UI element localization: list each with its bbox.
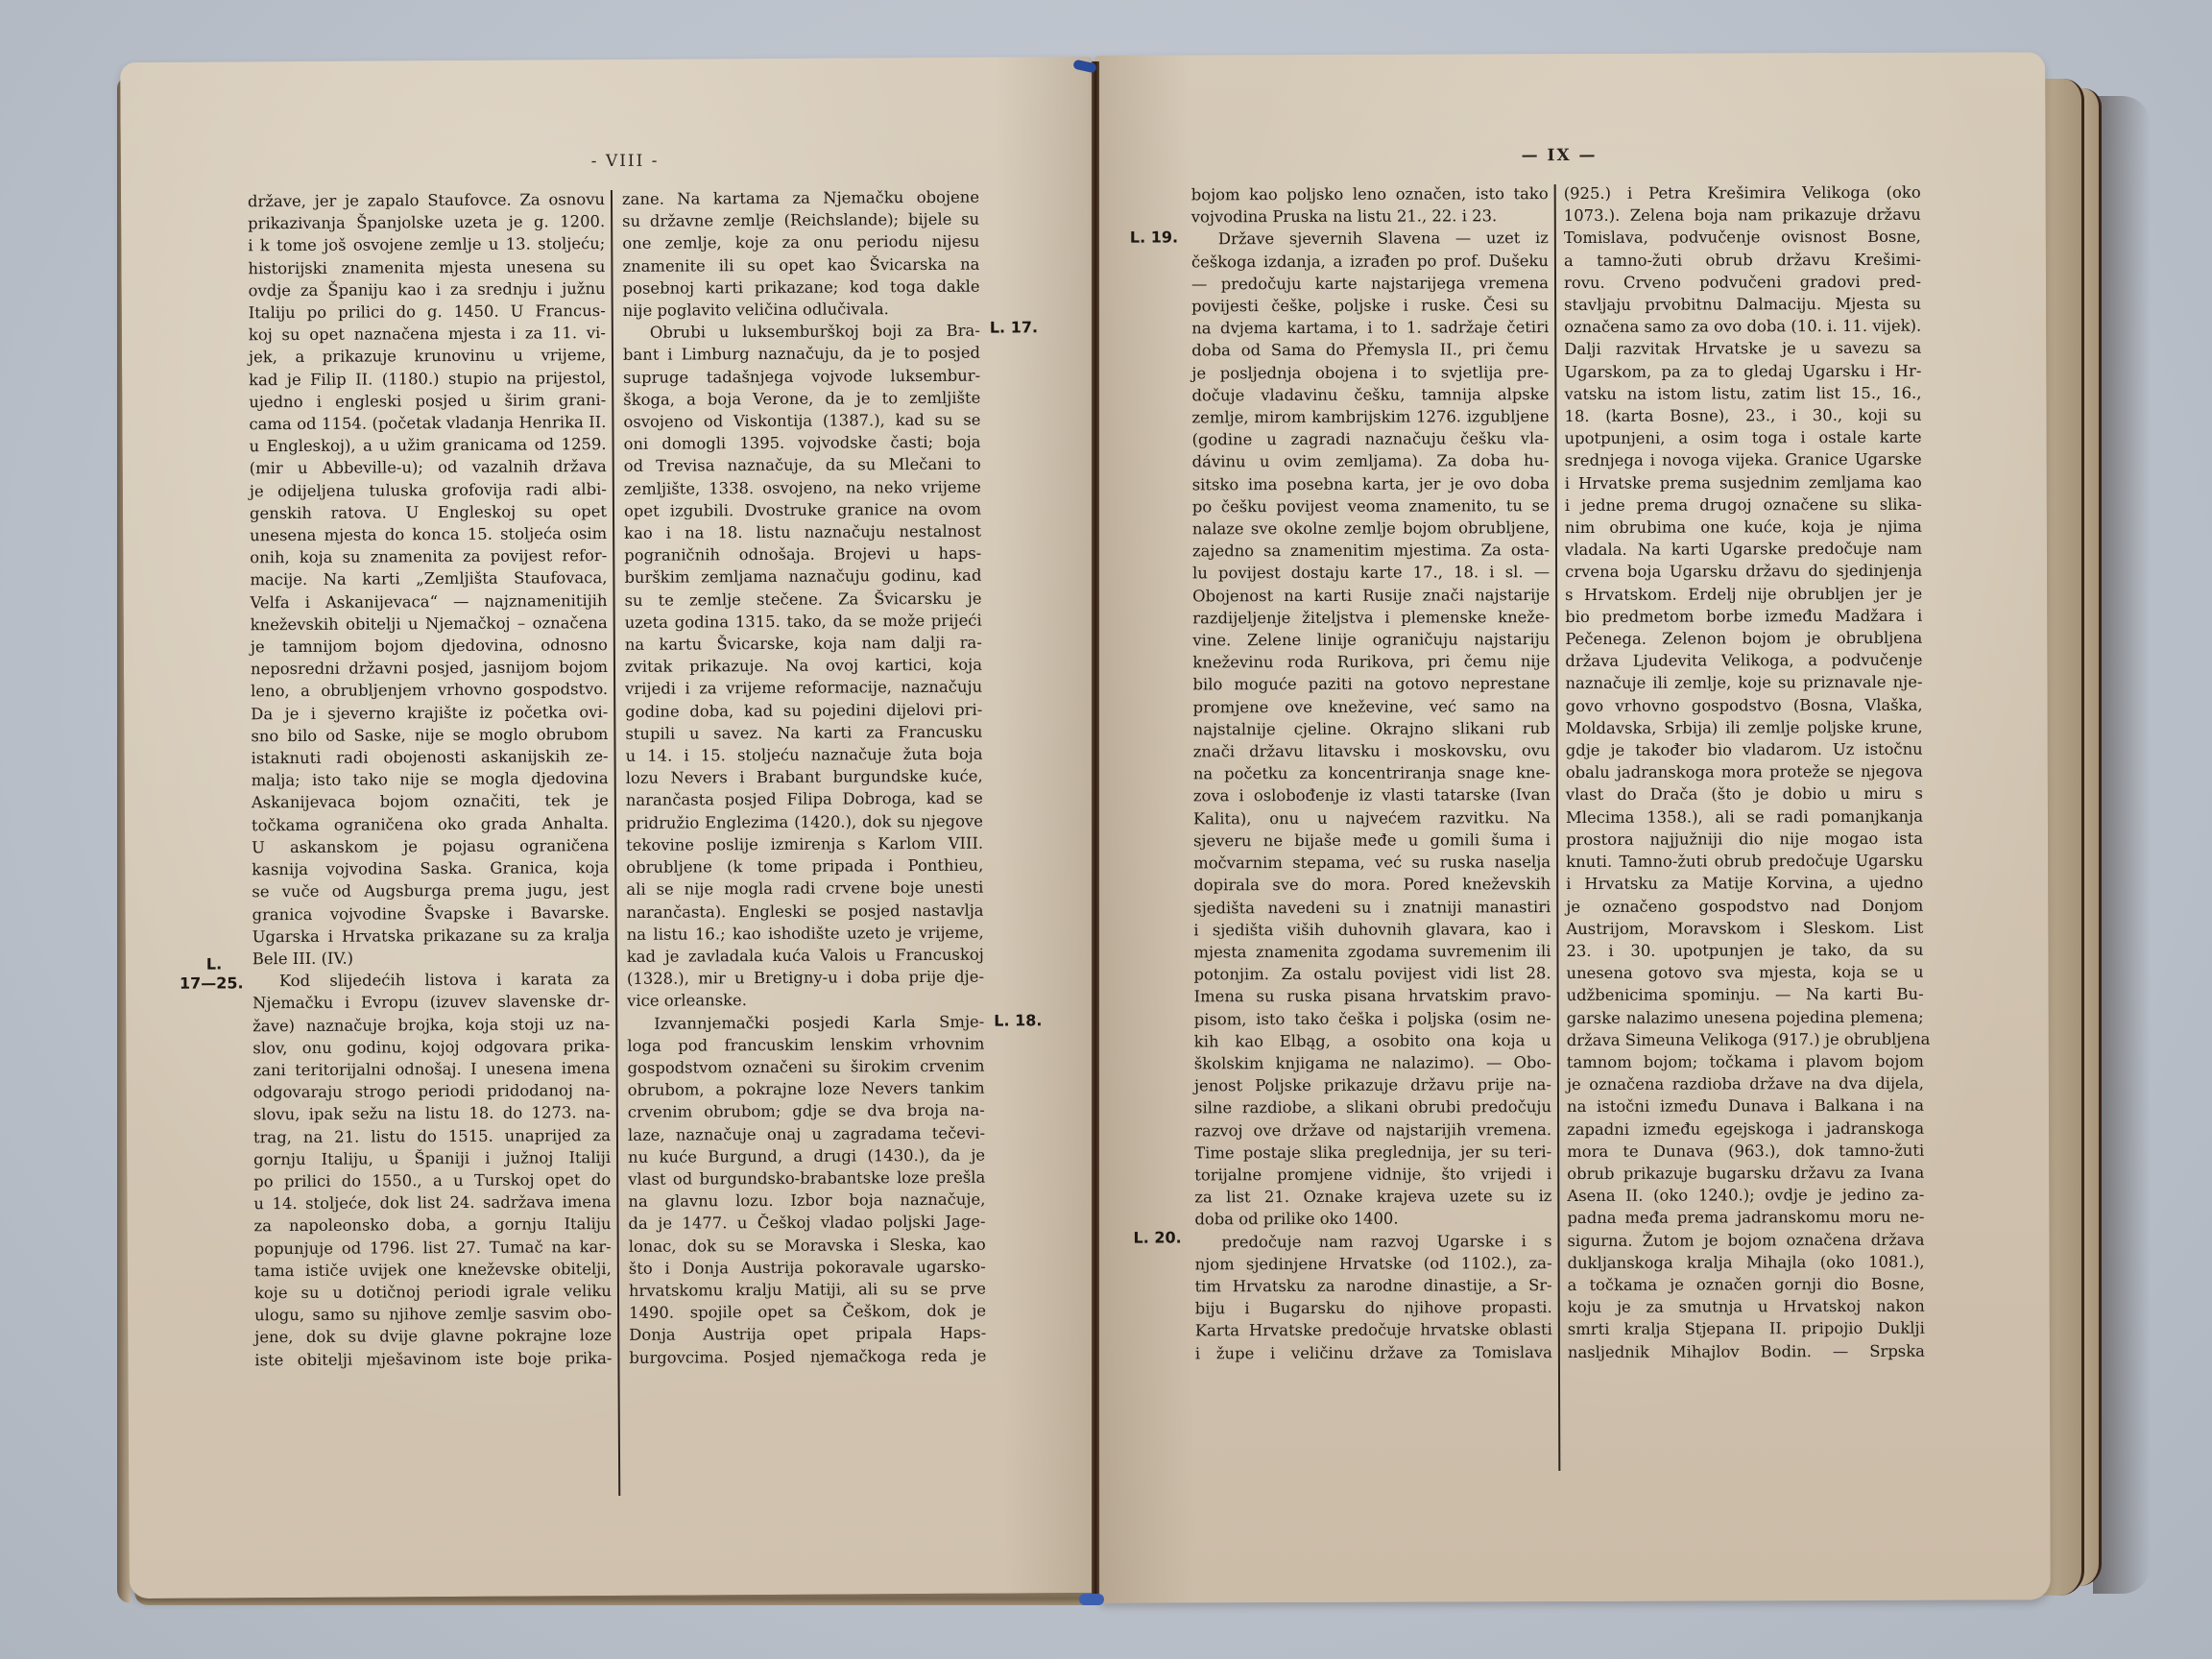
text-line: crvenim obrubom; gdje se dva broja na- <box>628 1099 985 1123</box>
text-line: Mlecima 1358.), ali se radi pomanjkanja <box>1566 805 1923 829</box>
text-line: slovu, ipak sežu na listu 18. do 1273. n… <box>253 1101 611 1125</box>
text-line: (mir u Abbeville-u); od vazalnih država <box>250 455 607 479</box>
page-number-right: — IX — <box>1522 146 1598 165</box>
text-line: i jedne prema drugoj označene su slika- <box>1565 493 1922 517</box>
text-line: potonjim. Za ostalu povijest vidi list 2… <box>1193 962 1551 986</box>
text-line: na istočni između Dunava i Balkana i na <box>1567 1094 1924 1118</box>
text-line: oni domogli 1395. vojvodske časti; boja <box>623 431 980 455</box>
text-line: torijalne promjene vidnije, što vrijedi … <box>1194 1163 1551 1187</box>
text-line: unesena gotovo sva mjesta, koja se u <box>1566 961 1923 985</box>
text-line: Velfa i Askanijevaca“ — najznamenitijih <box>250 589 607 613</box>
text-line: 1073.). Zelena boja nam prikazuje državu <box>1564 204 1921 228</box>
text-line: govo vrhovno gospodstvo (Bosna, Vlaška, <box>1566 693 1923 717</box>
page-number-left: - VIII - <box>591 152 660 171</box>
text-line: sno bilo od Saske, nije se moglo obrubom <box>251 723 608 747</box>
text-line: su te zemlje stečene. Za Švicarsku je <box>624 587 981 611</box>
margin-note: L. <box>206 954 222 973</box>
text-line: a točkama je označen gornji dio Bosne, <box>1568 1273 1925 1297</box>
text-line: historijski znamenita mjesta unesena su <box>248 255 605 279</box>
text-line: tekovine poslije izmirenja s Karlom VIII… <box>626 832 983 856</box>
text-line: ali se nije mogla radi crvene boje unest… <box>626 877 983 901</box>
text-line: gornju Italiju, u Španiji i južnoj Itali… <box>253 1146 611 1170</box>
text-line: uzeta godina 1315. tako, da se može prij… <box>625 609 982 633</box>
text-line: sigurna. Žutom je bojom označena država <box>1567 1228 1924 1252</box>
text-line: kih kao Elbąg, a osobito ona koja u <box>1194 1029 1551 1053</box>
text-line: obalu jadranskoga mora proteže se njegov… <box>1566 760 1923 784</box>
text-line: zajedno sa znamenitim mjestima. Za osta- <box>1192 539 1550 563</box>
text-line: nu kuće Burgund, a drugi (1430.), da je <box>628 1143 985 1167</box>
text-line: povijesti češke, poljske i ruske. Česi s… <box>1191 294 1549 318</box>
text-column: bojom kao poljsko leno označen, isto tak… <box>1191 182 1552 1364</box>
text-line: (925.) i Petra Krešimira Velikoga (oko <box>1564 181 1921 205</box>
text-line: najstalnije cjeline. Okrajno slikani rub <box>1193 717 1551 741</box>
text-line: država Ljudevita Velikoga, a podvučenje <box>1565 649 1922 673</box>
text-line: Bele III. (IV.) <box>252 946 610 970</box>
text-line: Askanijevaca bojom označiti, tek je <box>252 789 609 813</box>
text-line: po prilici do 1550., a u Turskoj opet do <box>253 1168 611 1192</box>
text-line: kad je zavladala kuća Valois u Francusko… <box>627 944 984 968</box>
text-line: bio predmetom borbe između Madžara i <box>1565 605 1922 629</box>
text-line: točkama ograničena oko grada Anhalta. <box>252 812 609 836</box>
text-line: na glavnu lozu. Izbor boja naznačuje, <box>628 1189 985 1213</box>
text-line: promjene ove kneževine, već samo na <box>1193 695 1551 719</box>
text-line: znamenite ili su opet kao Švicarska na <box>622 252 979 276</box>
text-line: slov, onu godinu, kojoj odgovara prika- <box>252 1035 610 1059</box>
text-column: države, jer je zapalo Staufovce. Za osno… <box>248 188 613 1371</box>
text-line: supruge tadašnjega vojvode luksembur- <box>623 364 980 388</box>
text-line: je označena razdioba države na dva dijel… <box>1567 1072 1924 1096</box>
text-line: obrubom, a pokrajne loze Nevers tankim <box>628 1077 985 1101</box>
text-line: razdijeljenje žiteljstva i plemenske kne… <box>1192 606 1550 630</box>
text-line: nije poglavito veličina odlučivala. <box>623 298 980 322</box>
text-line: trag, na 21. listu do 1515. unaprijed za <box>253 1124 611 1148</box>
text-line: Obrubi u luksemburškoj boji za Bra- <box>623 320 980 344</box>
text-line: obrub prikazuje bugarsku državu za Ivana <box>1567 1162 1924 1186</box>
text-line: Pečenega. Zelenon bojom je obrubljena <box>1565 627 1922 651</box>
text-line: Tomislava, podvučenje ovisnost Bosne, <box>1564 226 1921 250</box>
text-line: Time postaje slika preglednija, jer su t… <box>1194 1141 1551 1165</box>
text-line: u 14. stoljeće, dok list 24. sadržava im… <box>253 1190 611 1214</box>
text-line: onih, koja su znamenita za povijest refo… <box>250 544 607 568</box>
page-stack-shadow <box>2093 96 2151 1594</box>
text-line: granica vojvodine Švapske i Bavarske. <box>252 902 609 926</box>
text-line: Donja Austrija opet pripala Haps- <box>629 1322 986 1346</box>
text-line: upotpunjeni, a osim toga i ostale karte <box>1565 426 1922 450</box>
text-line: je tamnijom bojom djedovina, odnosno <box>251 634 608 658</box>
text-line: pridružio Englezima (1420.), dok su njeg… <box>626 809 983 833</box>
text-line: ujedno i engleski posjed u širim grani- <box>249 389 606 413</box>
text-line: U askanskom je pojasu ograničena <box>252 834 609 858</box>
text-line: dukljanskoga kralja Mihajla (oko 1081.), <box>1568 1250 1925 1274</box>
text-line: jenost Poljske prikazuje državu prije na… <box>1194 1073 1551 1097</box>
text-line: popunjuje od 1796. list 27. Tumač na kar… <box>254 1236 612 1260</box>
text-line: i Hrvatske prema susjednim zemljama kao <box>1565 470 1922 494</box>
text-line: jene, dok su dvije glavne pokrajne loze <box>254 1324 612 1348</box>
margin-note: L. 17. <box>990 318 1038 336</box>
text-line: na kartu Švicarske, koja nam dalji ra- <box>625 632 982 656</box>
text-line: padna međa prema jadranskomu moru ne- <box>1567 1206 1924 1230</box>
text-line: opet izgubili. Dvostruke granice na ovom <box>624 497 981 521</box>
text-line: sjedišta navedeni su i znatniji manastir… <box>1193 896 1551 920</box>
text-line: na dvjema kartama, i to 1. sadržaje četi… <box>1191 316 1549 340</box>
text-line: kao i na 18. listu naznačuju nestalnost <box>624 520 981 544</box>
text-line: silne razdiobe, a slikani obrubi predoču… <box>1194 1095 1551 1119</box>
text-line: i k tome još osvojene zemlje u 13. stolj… <box>248 232 605 256</box>
text-line: školskim knjigama ne nalazimo). — Obo- <box>1194 1051 1551 1075</box>
text-line: (godine u zagradi naznačuju češku vla- <box>1192 427 1550 451</box>
text-line: macije. Na karti „Zemljišta Staufovaca, <box>250 566 607 590</box>
text-line: laze, naznačuje onaj u zagradama tečevi- <box>628 1121 985 1145</box>
text-line: označena samo za ovo doba (10. i. 11. vi… <box>1564 315 1921 339</box>
text-line: dočuje vladavinu češku, tamnija alpske <box>1191 383 1549 407</box>
text-line: je posljednja obojena i to svjetlija pre… <box>1191 361 1549 385</box>
text-column: (925.) i Petra Krešimira Velikoga (oko10… <box>1564 181 1925 1363</box>
text-line: nim obrubima one kuće, koja je njima <box>1565 516 1922 540</box>
text-line: lu povijest dostaju karte 17., 18. i sl.… <box>1192 562 1550 586</box>
margin-note: L. 20. <box>1133 1228 1181 1246</box>
text-line: rovu. Crveno podvučeni gradovi pred- <box>1564 271 1921 295</box>
text-line: bilo moguće paziti na gotovo neprestane <box>1192 673 1550 697</box>
text-line: je odijeljena tuluska grofovija radi alb… <box>250 478 607 502</box>
text-line: jek, a prikazuje krunovinu u vrijeme, <box>249 344 606 368</box>
spine-gutter <box>1092 61 1099 1602</box>
text-line: koju je za smutnja u Hrvatskoj nakon <box>1568 1295 1925 1319</box>
open-book: - VIII - države, jer je zapalo Staufovce… <box>0 0 2212 1659</box>
text-line: burgovcima. Posjed njemačkoga reda je <box>629 1344 986 1368</box>
text-line: a tamno-žuti obrub državu Krešimi- <box>1564 248 1921 272</box>
text-line: knuti. Tamno-žuti obrub predočuje Ugarsk… <box>1566 850 1923 874</box>
text-line: zani teritorijalni odnošaj. I unesena im… <box>252 1057 610 1081</box>
text-line: Austrijom, Moravskom i Sleskom. List <box>1566 916 1923 940</box>
text-line: Moldavska, Srbija) ili zemlje poljske kr… <box>1566 716 1923 740</box>
text-line: njom sjedinjene Hrvatske (od 1102.), za- <box>1195 1252 1552 1276</box>
text-line: 18. (karta Bosne), 23., i 30., koji su <box>1564 404 1921 428</box>
text-line: 1490. spojile opet sa Češkom, dok je <box>629 1300 986 1324</box>
margin-note: 17—25. <box>180 974 244 992</box>
text-line: hrvatskomu kralju Matiji, ali su se prve <box>629 1278 986 1302</box>
text-line: močvarnim stepama, već su ruska naselja <box>1193 851 1551 875</box>
text-column: zane. Na kartama za Njemačku obojenesu d… <box>622 186 987 1369</box>
text-line: na početku za koncentriranja snage kne- <box>1193 761 1551 785</box>
text-line: da je 1477. u Češkoj vladao poljski Jage… <box>628 1211 985 1235</box>
text-line: bojom kao poljsko leno označen, isto tak… <box>1191 182 1549 206</box>
text-line: smrti kralja Stjepana II. pripojio Duklj… <box>1568 1317 1925 1341</box>
text-line: je označeno gospodstvo nad Donjom <box>1566 894 1923 918</box>
text-line: i župe i veličinu države za Tomislava <box>1195 1341 1552 1365</box>
text-line: zemljište, 1338. osvojeno, na neko vrije… <box>624 475 981 499</box>
text-line: vladala. Na karti Ugarske predočuje nam <box>1565 538 1922 562</box>
text-line: Obojenost na karti Rusije znači najstari… <box>1192 584 1550 608</box>
text-line: država Simeuna Velikoga (917.) je obrubl… <box>1567 1027 1924 1051</box>
text-line: i Hrvatsku za Matije Korvina, a ujedno <box>1566 872 1923 896</box>
text-line: dopirala sve do mora. Pored kneževskih <box>1193 873 1551 897</box>
text-line: Ugarska i Hrvatska prikazane su za kralj… <box>252 924 610 948</box>
text-line: razvoj ove države od najstarijih vremena… <box>1194 1118 1551 1142</box>
text-line: u 14. i 15. stoljeću naznačuje žuta boja <box>625 743 982 767</box>
text-line: leno, a obrubljenjem vrhovno gospodstvo. <box>251 678 608 702</box>
text-line: vatsku na istom listu, zatim list 15., 1… <box>1564 382 1921 406</box>
text-line: crvena boja Ugarsku državu do sjedinjenj… <box>1565 560 1922 584</box>
text-line: kneževskih obitelji u Njemačkoj – označe… <box>251 612 608 636</box>
text-line: i sjedišta viših duhovnih glavara, kao i <box>1193 918 1551 942</box>
text-line: godine doba, kad su pojedini dijelovi pr… <box>625 698 982 722</box>
text-line: lonac, dok su se Moravska i Sleska, kao <box>629 1233 986 1257</box>
text-line: sitsko ima posebna karta, jer je ovo dob… <box>1192 472 1550 496</box>
text-line: kneževinu roda Rurikova, pri čemu nije <box>1192 650 1550 674</box>
right-page: — IX — bojom kao poljsko leno označen, i… <box>1094 52 2051 1602</box>
text-line: 23. i 30. upotpunjen je tako, da su <box>1566 939 1923 963</box>
text-line: što i Donja Austrija pokoravale ugarsko- <box>629 1255 986 1279</box>
text-line: obrubljene (k tome pripada i Ponthieu, <box>626 854 983 878</box>
text-line: malja; isto tako nije se mogla djedovina <box>252 767 609 791</box>
text-line: Kod slijedećih listova i karata za <box>252 968 610 992</box>
text-line: cama od 1154. (početak vladanja Henrika … <box>249 411 606 435</box>
text-line: zvitak prikazuje. Na ovoj kartici, koja <box>625 654 982 678</box>
text-line: doba od Sama do Přemysla II., pri čemu <box>1191 339 1549 363</box>
text-line: biju i Bugarsku do njihove propasti. <box>1195 1296 1552 1320</box>
text-line: škoga, a boja Verone, da je to zemljište <box>623 386 980 410</box>
text-line: doba od prilike oko 1400. <box>1194 1207 1551 1231</box>
text-line: po češku povijest veoma znamenito, tu se <box>1192 494 1550 518</box>
margin-note: L. 18. <box>994 1011 1042 1029</box>
text-line: pograničnih odnošaja. Brojevi u haps- <box>624 542 981 566</box>
text-line: bant i Limburg naznačuju, da je to posje… <box>623 342 980 366</box>
text-line: — predočuju karte najstarijega vremena <box>1191 272 1549 296</box>
text-line: narančasta). Engleski se posjed nastavlj… <box>626 899 983 923</box>
text-line: prostora najjužniji dio nije mogao ista <box>1566 828 1923 852</box>
text-line: stavljaju prvobitnu Dalmaciju. Mjesta su <box>1564 293 1921 317</box>
margin-note: L. 19. <box>1130 228 1178 246</box>
text-line: istaknuti radi obojenosti askanijskih ze… <box>251 745 608 769</box>
text-line: narančasta posjed Filipa Dobroga, kad se <box>626 787 983 811</box>
text-line: Izvannjemački posjedi Karla Smje- <box>627 1010 984 1034</box>
text-line: države, jer je zapalo Staufovce. Za osno… <box>248 188 605 212</box>
text-line: Da je i sjeverno krajište iz početka ovi… <box>251 701 608 725</box>
text-line: sjeveru ne bijaše međe u gomili šuma i <box>1193 829 1551 853</box>
text-line: kasnija vojvodina Saska. Granica, koja <box>252 856 609 880</box>
text-line: iste obitelji mješavinom iste boje prika… <box>254 1347 612 1371</box>
text-line: prikazivanja Španjolske uzeta je g. 1200… <box>248 210 605 234</box>
text-line: Asena II. (oko 1240.); ovdje je jedino z… <box>1567 1184 1924 1208</box>
text-line: (1328.), mir u Bretigny-u i doba prije d… <box>627 966 984 990</box>
text-line: mora te Dunava (963.), dok tamno-žuti <box>1567 1139 1924 1163</box>
text-line: osvojeno od Viskontija (1387.), kad su s… <box>623 409 980 433</box>
text-line: zane. Na kartama za Njemačku obojene <box>622 186 979 210</box>
text-line: nalaze sve okolne zemlje bojom obrubljen… <box>1192 517 1550 541</box>
text-line: ovdje za Španiju kao i za srednju i južn… <box>249 277 606 301</box>
text-line: znači državu litavsku i moskovsku, ovu <box>1193 739 1551 763</box>
text-line: predočuje nam razvoj Ugarske i s <box>1194 1230 1551 1254</box>
text-line: one zemlje, koje za onu periodu nijesu <box>622 230 979 254</box>
text-line: tamnom bojom; točkama i plavom bojom <box>1567 1050 1924 1074</box>
text-line: genskih ratova. U Engleskoj su opet <box>250 500 607 524</box>
text-line: Kalita), onu u najvećem razvitku. Na <box>1193 806 1551 830</box>
text-line: na listu 16.; kao ishodište uzeto je vri… <box>627 921 984 945</box>
text-line: u Engleskoj), a u užim granicama od 1259… <box>249 433 606 457</box>
binding-thread <box>1079 1594 1104 1605</box>
text-line: vrijedi i za vrijeme reformacije, naznač… <box>625 676 982 700</box>
text-line: vlast do Drača (što je dobio u miru s <box>1566 782 1923 806</box>
text-line: garske nalazimo unesena pojedina plemena… <box>1567 1005 1924 1029</box>
text-line: tim Hrvatsku za narodne dinastije, a Sr- <box>1195 1274 1552 1298</box>
text-line: nasljednik Mihajlov Bodin. — Srpska <box>1568 1339 1925 1363</box>
text-line: gdje je također bio vladarom. Uz istočnu <box>1566 738 1923 762</box>
text-line: burškim zemljama naznačuju godinu, kad <box>624 565 981 589</box>
text-line: pisom, isto tako češka i poljska (osim n… <box>1194 1007 1551 1031</box>
text-line: vice orleanske. <box>627 988 984 1012</box>
text-line: koj su opet naznačena mjesta i za 11. vi… <box>249 322 606 346</box>
text-line: neposredni državni posjed, jasnijom bojo… <box>251 656 608 680</box>
text-line: od Trevisa naznačuje, da su Mlečani to <box>624 453 981 477</box>
left-page: - VIII - države, jer je zapalo Staufovce… <box>120 57 1101 1599</box>
text-line: loga pod francuskim lenskim vrhovnim <box>627 1032 984 1056</box>
text-line: se vuče od Augsburga prema jugu, jest <box>252 878 609 902</box>
text-line: žave) naznačuje brojka, koja stoji uz na… <box>252 1013 610 1037</box>
text-line: vine. Zelene linije ograničuju najstarij… <box>1192 628 1550 652</box>
text-line: Italiju po prilici do g. 1450. U Francus… <box>249 300 606 324</box>
text-line: Imena su ruska pisana hrvatskim pravo- <box>1194 984 1551 1008</box>
text-line: Ugarskom, pa za to gledaj Ugarsku i Hr- <box>1564 359 1921 383</box>
text-line: srednjega i novoga vijeka. Granice Ugars… <box>1565 448 1922 472</box>
text-line: odgovaraju strogo periodi pridodanoj na- <box>253 1079 611 1103</box>
text-line: dávinu u ovim zemljama). Za doba hu- <box>1192 450 1550 474</box>
text-line: su državne zemlje (Reichslande); bijele … <box>622 208 979 232</box>
text-line: zemlje, mirom kambrijskim 1276. izgublje… <box>1191 405 1549 429</box>
text-line: kad je Filip II. (1180.) stupio na prije… <box>249 367 606 391</box>
text-line: tama ističe uvijek one kneževske obitelj… <box>254 1258 612 1282</box>
text-line: gospodstvom označeni su širokim crvenim <box>627 1055 984 1079</box>
text-line: udžbenicima spominju. — Na karti Bu- <box>1567 983 1924 1007</box>
text-line: za napoleonsko doba, a gornju Italiju <box>253 1213 611 1237</box>
text-line: češkoga izdanja, a izrađen po prof. Duše… <box>1191 250 1549 274</box>
text-line: zova i oslobođenje iz vlasti tatarske (I… <box>1193 784 1551 808</box>
text-line: posebnoj karti prikazane; kod toga dakle <box>622 275 979 299</box>
text-line: Karta Hrvatske predočuje hrvatske oblast… <box>1195 1318 1552 1342</box>
text-line: ulogu, samo su njihove zemlje sasvim obo… <box>254 1302 612 1326</box>
text-line: Dalji razvitak Hrvatske je u savezu sa <box>1564 337 1921 361</box>
text-line: vojvodina Pruska na listu 21., 22. i 23. <box>1191 204 1549 228</box>
text-line: Države sjevernih Slavena — uzet iz <box>1191 227 1549 251</box>
text-line: koje su u dotičnoj periodi igrale veliku <box>254 1280 612 1304</box>
text-line: mjesta znamenita zgodama suvremenim ili <box>1193 940 1551 964</box>
text-line: za list 21. Oznake krajeva uzete su iz <box>1194 1185 1551 1209</box>
text-line: s Hrvatskom. Erdelj nije obrubljen jer j… <box>1565 582 1922 606</box>
column-divider <box>611 190 620 1496</box>
text-line: unesena mjesta do konca 15. stoljeća osi… <box>250 522 607 546</box>
text-line: zapadni između egejskoga i jadranskoga <box>1567 1117 1924 1141</box>
text-line: stupili u savez. Na karti za Francusku <box>625 721 982 745</box>
column-divider <box>1554 184 1560 1471</box>
text-line: naznačuje ili zemlje, koje su priznavale… <box>1565 671 1922 695</box>
text-line: vlast od burgundsko-brabantske loze preš… <box>628 1166 985 1190</box>
text-line: lozu Nevers i Brabant burgundske kuće, <box>626 765 983 789</box>
text-line: Njemačku i Evropu (izuvev slavenske dr- <box>252 990 610 1014</box>
